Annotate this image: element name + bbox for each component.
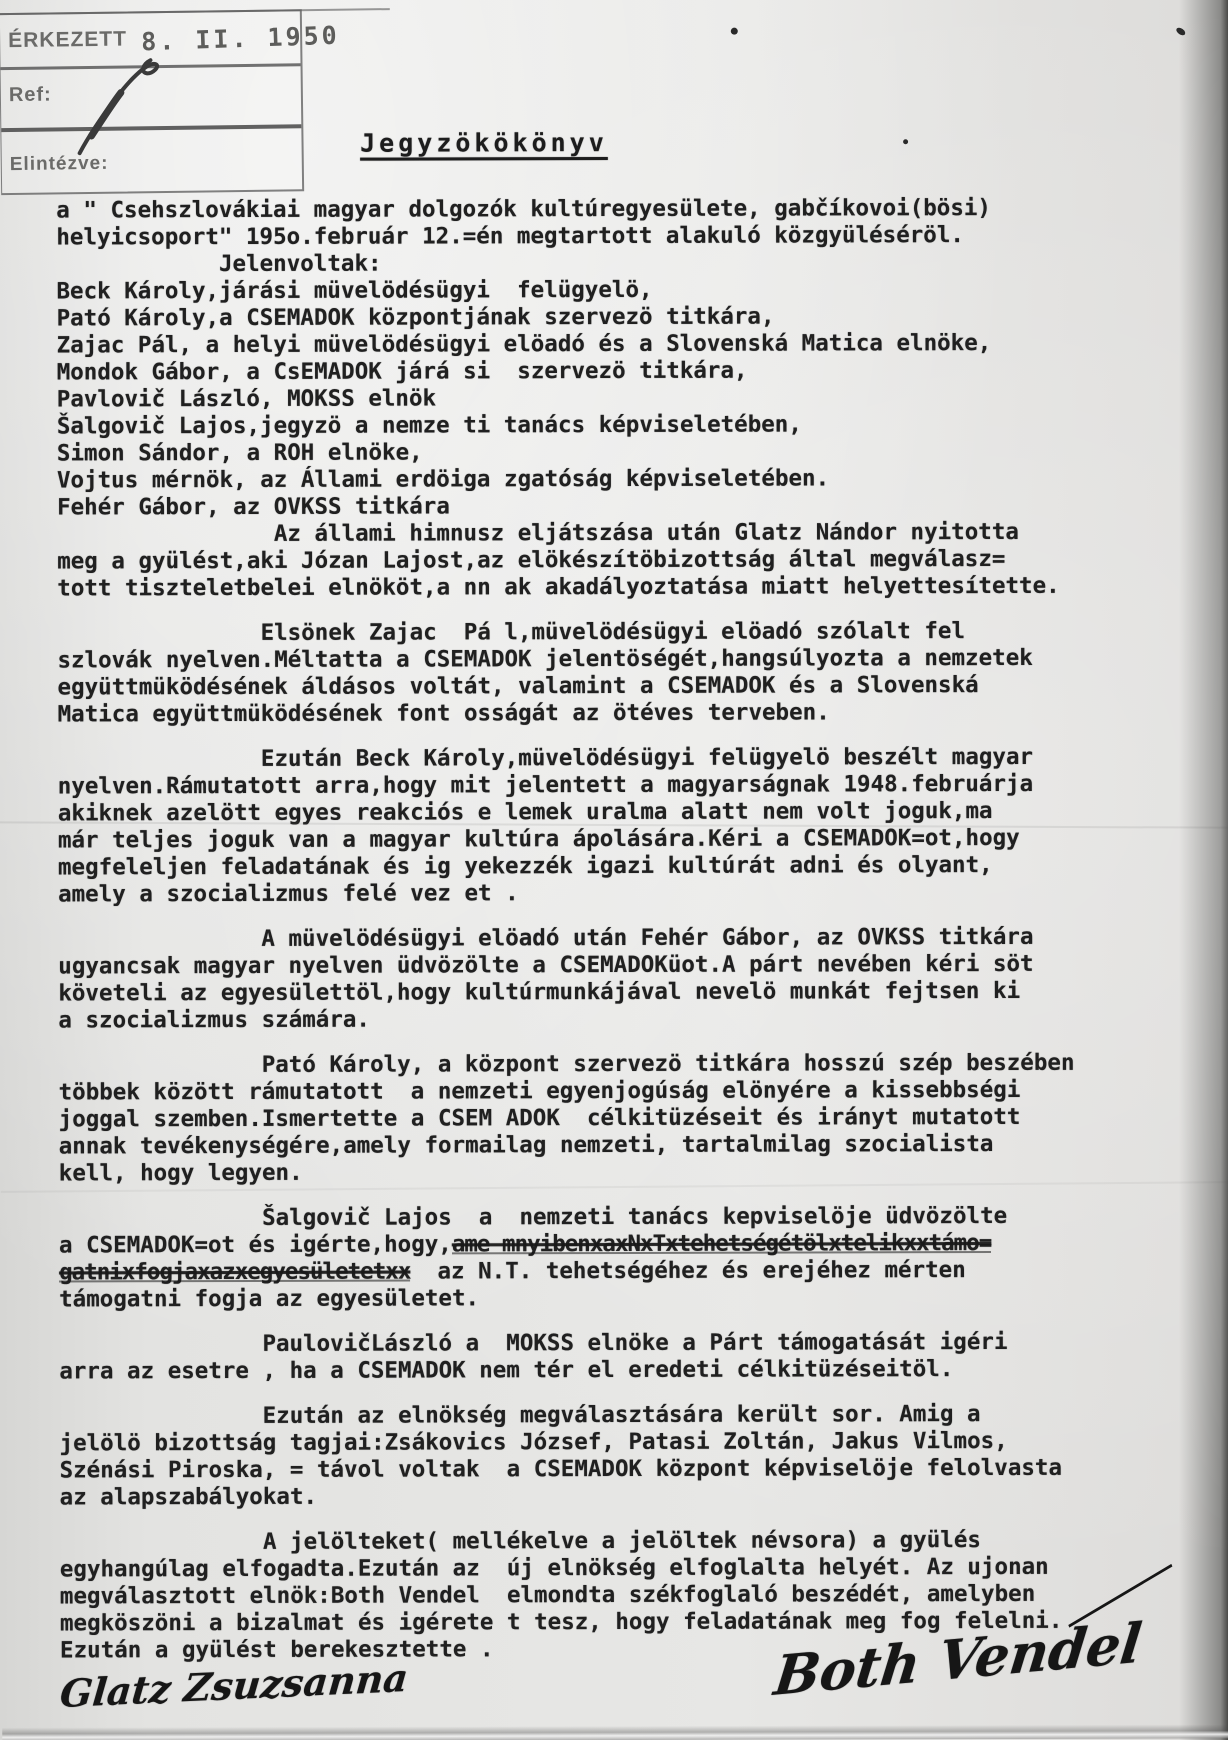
text-line: Zajac Pál, a helyi müvelödésügyi elöadó … [57,329,1217,359]
text-line: kell, hogy legyen. [59,1157,1219,1187]
typed-text: ugyancsak magyar nyelven üdvözölte a CSE… [58,951,1033,980]
text-line: Az állami himnusz eljátszása után Glatz … [57,518,1217,548]
typed-text: többek között rámutatott a nemzeti egyen… [59,1077,1021,1106]
stamp-row-ref: Ref: [1,66,302,132]
paragraph: a " Csehszlovákiai magyar dolgozók kultú… [56,194,1217,602]
typed-text: amely a szocializmus felé vez et . [58,880,519,907]
typed-text: Beck Károly,járási müvelödésügyi felügye… [56,277,652,305]
typed-text: az alapszabályokat. [60,1484,317,1511]
text-line: Pató Károly,a CSEMADOK központjának szer… [57,302,1217,332]
typed-text: Matica együttmüködésének font osságát az… [58,699,830,727]
typed-text: Szénási Piroska, = távol voltak a CSEMAD… [60,1455,1062,1484]
typed-text: Ezután az elnökség megválasztására kerül… [59,1401,980,1429]
typed-text: Az állami himnusz eljátszása után Glatz … [57,519,1019,548]
paragraph: PaulovičLászló a MOKSS elnöke a Párt tám… [59,1328,1219,1385]
typed-text: egyhangúlag elfogadta.Ezután az új elnök… [60,1554,1049,1583]
typed-text: A jelölteket( mellékelve a jelöltek névs… [60,1527,981,1555]
text-line: A jelölteket( mellékelve a jelöltek névs… [60,1526,1220,1556]
text-line: Matica együttmüködésének font osságát az… [58,698,1218,728]
text-line: a CSEMADOK=ot és igérte,hogy,ame mnyiben… [59,1229,1219,1259]
text-line: Ezután az elnökség megválasztására kerül… [59,1400,1219,1430]
typed-text: Fehér Gábor, az OVKSS titkára [57,493,450,520]
stamp-row-processed: Elintézve: [1,128,302,190]
text-line: Beck Károly,járási müvelödésügyi felügye… [56,275,1216,305]
scan-speck [731,28,738,35]
typed-text: arra az esetre , ha a CSEMADOK nem tér e… [59,1356,953,1384]
text-line: Šalgovič Lajos a nemzeti tanács kepvisel… [59,1202,1219,1232]
scan-speck [1175,26,1187,37]
typed-text: megválasztott elnök:Both Vendel elmondta… [60,1581,1035,1610]
text-line: helyicsoport" 195o.február 12.=én megtar… [56,221,1216,251]
typed-text: helyicsoport" 195o.február 12.=én megtar… [56,222,964,250]
typed-text: Pató Károly, a központ szervezö titkára … [58,1050,1074,1079]
typed-text: Šalgovič Lajos,jegyzö a nemze ti tanács … [57,412,802,440]
typed-text: a szocializmus számára. [58,1007,370,1034]
text-line: tott tiszteletbelei elnököt,a nn ak akad… [57,572,1217,602]
paragraph: Šalgovič Lajos a nemzeti tanács kepvisel… [59,1202,1219,1313]
typed-text: akiknek azelött egyes reakciós e lemek u… [58,798,993,826]
paragraph: Elsönek Zajac Pá l,müvelödésügyi elöadó … [57,617,1217,728]
struck-text: gatnixfogjaxazxegyesületetxx [59,1259,410,1286]
text-line: Jelenvoltak: [56,248,1216,278]
typed-text: megfeleljen feladatának és ig yekezzék i… [58,852,993,880]
scan-speck [903,139,908,144]
typed-text: jelölö bizottság tagjai:Zsákovics József… [59,1428,1007,1456]
typed-text: Elsönek Zajac Pá l,müvelödésügyi elöadó … [57,618,965,646]
typed-text: a CSEMADOK=ot és igérte,hogy, [59,1231,452,1258]
scanned-document-page: ÉRKEZETT 8. II. 1950 Ref: Elintézve: Jeg… [0,0,1228,1740]
text-line: Ezután Beck Károly,müvelödésügyi felügye… [58,743,1218,773]
text-line: Mondok Gábor, a CsEMADOK járá si szervez… [57,356,1217,386]
text-line: A müvelödésügyi elöadó után Fehér Gábor,… [58,923,1218,953]
text-line: akiknek azelött egyes reakciós e lemek u… [58,797,1218,827]
text-line: meg a gyülést,aki Józan Lajost,az elökés… [57,545,1217,575]
typed-text: együttmüködésének áldásos voltát, valami… [57,672,978,700]
typed-text: Simon Sándor, a ROH elnöke, [57,439,423,466]
text-line: követeli az egyesülettöl,hogy kultúrmunk… [58,977,1218,1007]
text-line: amely a szocializmus felé vez et . [58,878,1218,908]
text-line: Simon Sándor, a ROH elnöke, [57,437,1217,467]
typed-text: Pató Károly,a CSEMADOK központjának szer… [57,304,775,332]
text-line: egyhangúlag elfogadta.Ezután az új elnök… [60,1553,1220,1583]
typed-text: az N.T. tehetségéhez és erejéhez mérten [410,1257,965,1284]
paragraph: Pató Károly, a központ szervezö titkára … [58,1049,1218,1187]
processed-label: Elintézve: [10,153,109,176]
text-line: PaulovičLászló a MOKSS elnöke a Párt tám… [59,1328,1219,1358]
text-line: jelölö bizottság tagjai:Zsákovics József… [59,1427,1219,1457]
typed-text: Jelenvoltak: [56,251,381,278]
typed-text: tott tiszteletbelei elnököt,a nn ak akad… [57,573,1059,602]
typed-text: szlovák nyelven.Méltatta a CSEMADOK jele… [57,645,1032,674]
text-line: megfeleljen feladatának és ig yekezzék i… [58,851,1218,881]
typed-text: meg a gyülést,aki Józan Lajost,az elökés… [57,546,1005,574]
text-line: a szocializmus számára. [58,1004,1218,1034]
typed-text: Pavlovič László, MOKSS elnök [57,385,436,412]
typed-text: Ezután Beck Károly,müvelödésügyi felügye… [58,744,1033,773]
text-line: joggal szemben.Ismertette a CSEM ADOK cé… [59,1103,1219,1133]
text-line: Vojtus mérnök, az Állami erdöiga zgatósá… [57,464,1217,494]
typed-text: Vojtus mérnök, az Állami erdöiga zgatósá… [57,465,829,493]
ref-label: Ref: [9,84,52,108]
text-line: a " Csehszlovákiai magyar dolgozók kultú… [56,194,1216,224]
text-line: arra az esetre , ha a CSEMADOK nem tér e… [59,1355,1219,1385]
text-line: Šalgovič Lajos,jegyzö a nemze ti tanács … [57,410,1217,440]
text-line: annak tevékenységére,amely formailag nem… [59,1130,1219,1160]
text-line: együttmüködésének áldásos voltát, valami… [57,671,1217,701]
typed-text: követeli az egyesülettöl,hogy kultúrmunk… [58,978,1020,1007]
text-line: támogatni fogja az egyesületet. [59,1283,1219,1313]
struck-text: ame mnyibenxaxNxTxtehetségétölxtelikxxtá… [452,1230,992,1257]
text-line: Pavlovič László, MOKSS elnök [57,383,1217,413]
text-line: Fehér Gábor, az OVKSS titkára [57,491,1217,521]
typed-text: a " Csehszlovákiai magyar dolgozók kultú… [56,195,991,223]
text-line: szlovák nyelven.Méltatta a CSEMADOK jele… [57,644,1217,674]
typed-text: nyelven.Rámutatott arra,hogy mit jelente… [58,771,1033,800]
typed-text: Zajac Pál, a helyi müvelödésügyi elöadó … [57,330,992,358]
paragraph: A müvelödésügyi elöadó után Fehér Gábor,… [58,923,1218,1034]
typed-text: már teljes joguk van a magyar kultúra áp… [58,825,1020,854]
document-body: a " Csehszlovákiai magyar dolgozók kultú… [56,194,1220,1664]
text-line: már teljes joguk van a magyar kultúra áp… [58,824,1218,854]
page-title: Jegyzökökönyv [360,128,608,158]
text-line: ugyancsak magyar nyelven üdvözölte a CSE… [58,950,1218,980]
typed-text: Šalgovič Lajos a nemzeti tanács kepvisel… [59,1203,1007,1231]
typed-text: Mondok Gábor, a CsEMADOK járá si szervez… [57,358,748,386]
typed-text: joggal szemben.Ismertette a CSEM ADOK cé… [59,1104,1021,1133]
text-line: Szénási Piroska, = távol voltak a CSEMAD… [60,1454,1220,1484]
text-line: nyelven.Rámutatott arra,hogy mit jelente… [58,770,1218,800]
scan-bottom-edge [2,1724,1228,1740]
typed-text: támogatni fogja az egyesületet. [59,1285,479,1312]
text-line: gatnixfogjaxazxegyesületetxx az N.T. teh… [59,1256,1219,1286]
typed-text: A müvelödésügyi elöadó után Fehér Gábor,… [58,924,1033,953]
text-line: az alapszabályokat. [60,1481,1220,1511]
typed-text: Ezután a gyülést berekesztette . [60,1636,494,1663]
text-line: Elsönek Zajac Pá l,müvelödésügyi elöadó … [57,617,1217,647]
typed-text: kell, hogy legyen. [59,1160,303,1187]
text-line: megválasztott elnök:Both Vendel elmondta… [60,1580,1220,1610]
typed-text: annak tevékenységére,amely formailag nem… [59,1131,994,1159]
text-line: Pató Károly, a központ szervezö titkára … [58,1049,1218,1079]
registry-stamp-box: ÉRKEZETT 8. II. 1950 Ref: Elintézve: [0,9,304,195]
typed-text: PaulovičLászló a MOKSS elnöke a Párt tám… [59,1329,1007,1357]
paragraph: Ezután az elnökség megválasztására kerül… [59,1400,1219,1511]
paragraph: Ezután Beck Károly,müvelödésügyi felügye… [58,743,1218,908]
text-line: többek között rámutatott a nemzeti egyen… [59,1076,1219,1106]
